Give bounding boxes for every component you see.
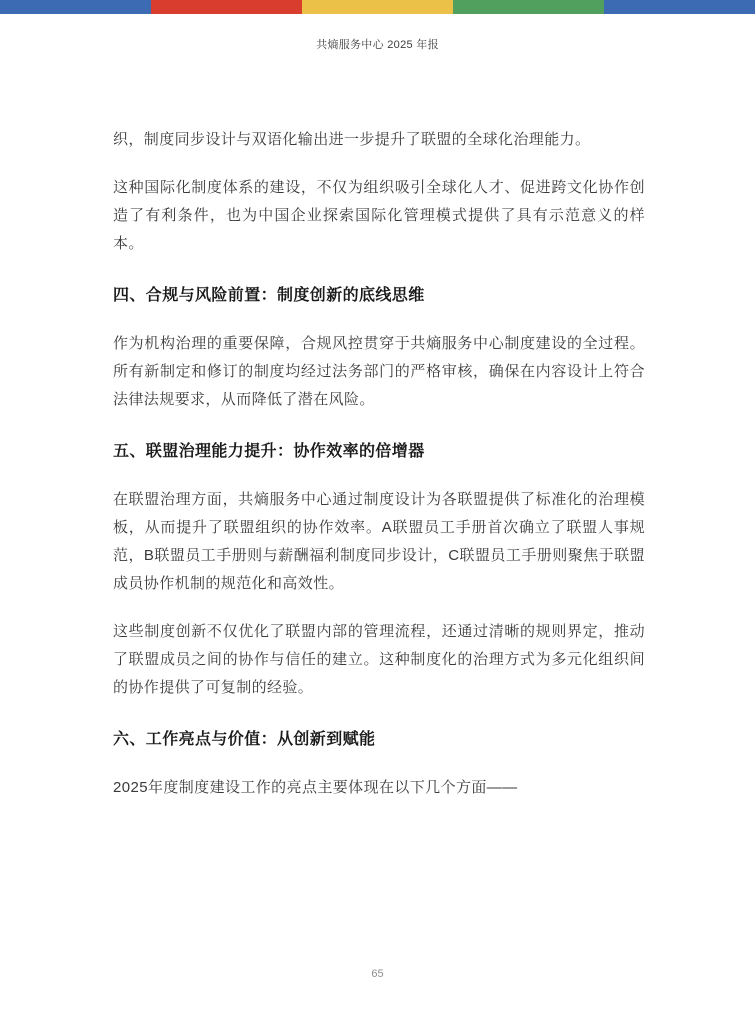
document-body: 织，制度同步设计与双语化输出进一步提升了联盟的全球化治理能力。 这种国际化制度体… (0, 52, 755, 802)
paragraph: 这种国际化制度体系的建设，不仅为组织吸引全球化人才、促进跨文化协作创造了有利条件… (113, 174, 645, 258)
page-number: 65 (371, 968, 383, 980)
paragraph: 2025年度制度建设工作的亮点主要体现在以下几个方面—— (113, 774, 645, 802)
color-bar-segment-blue-2 (604, 0, 755, 14)
color-bar-segment-green (453, 0, 604, 14)
paragraph: 织，制度同步设计与双语化输出进一步提升了联盟的全球化治理能力。 (113, 126, 645, 154)
section-heading-4: 四、合规与风险前置：制度创新的底线思维 (113, 282, 645, 310)
section-heading-5: 五、联盟治理能力提升：协作效率的倍增器 (113, 438, 645, 466)
section-heading-6: 六、工作亮点与价值：从创新到赋能 (113, 726, 645, 754)
top-color-bar (0, 0, 755, 14)
paragraph: 在联盟治理方面，共熵服务中心通过制度设计为各联盟提供了标准化的治理模板，从而提升… (113, 486, 645, 598)
color-bar-segment-yellow (302, 0, 453, 14)
color-bar-segment-blue (0, 0, 151, 14)
color-bar-segment-red (151, 0, 302, 14)
paragraph: 作为机构治理的重要保障，合规风控贯穿于共熵服务中心制度建设的全过程。所有新制定和… (113, 330, 645, 414)
paragraph: 这些制度创新不仅优化了联盟内部的管理流程，还通过清晰的规则界定，推动了联盟成员之… (113, 618, 645, 702)
page-footer: 65 (0, 968, 755, 980)
page-header: 共熵服务中心 2025 年报 (0, 38, 755, 52)
document-title: 共熵服务中心 2025 年报 (316, 39, 439, 51)
